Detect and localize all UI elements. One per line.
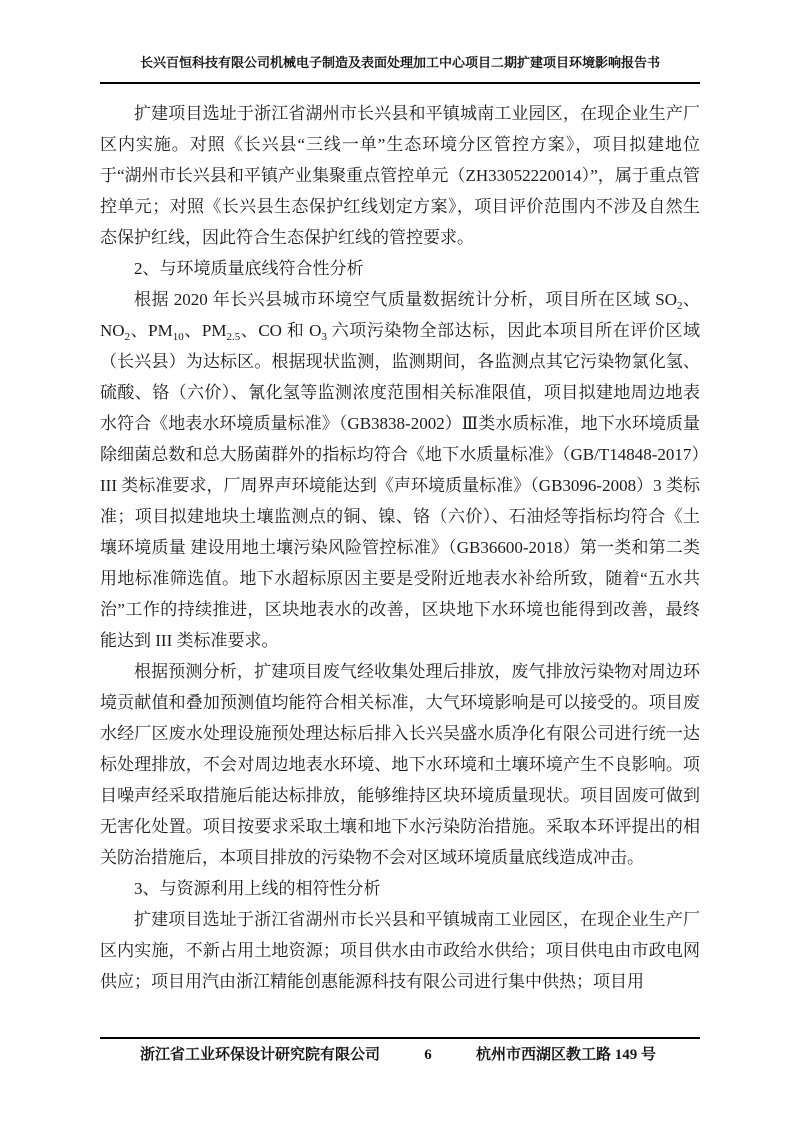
footer-address: 杭州市西湖区教工路 149 号 [476, 1043, 700, 1064]
page-footer: 浙江省工业环保设计研究院有限公司 6 杭州市西湖区教工路 149 号 [100, 1043, 700, 1064]
footer-company: 浙江省工业环保设计研究院有限公司 [100, 1043, 380, 1064]
paragraph: 扩建项目选址于浙江省湖州市长兴县和平镇城南工业园区，在现企业生产厂区内实施，不新… [100, 904, 700, 997]
section-heading: 3、与资源利用上线的相符性分析 [100, 873, 700, 904]
document-body: 扩建项目选址于浙江省湖州市长兴县和平镇城南工业园区，在现企业生产厂区内实施。对照… [100, 98, 700, 997]
page-header-title: 长兴百恒科技有限公司机械电子制造及表面处理加工中心项目二期扩建项目环境影响报告书 [100, 52, 700, 71]
footer-page-number: 6 [424, 1047, 432, 1064]
footer-rule [100, 1037, 700, 1039]
report-page: 长兴百恒科技有限公司机械电子制造及表面处理加工中心项目二期扩建项目环境影响报告书… [0, 0, 800, 1132]
paragraph: 根据 2020 年长兴县城市环境空气质量数据统计分析，项目所在区域 SO2、NO… [100, 284, 700, 656]
section-heading: 2、与环境质量底线符合性分析 [100, 253, 700, 284]
header-rule [100, 82, 700, 84]
paragraph: 根据预测分析，扩建项目废气经收集处理后排放，废气排放污染物对周边环境贡献值和叠加… [100, 656, 700, 873]
paragraph: 扩建项目选址于浙江省湖州市长兴县和平镇城南工业园区，在现企业生产厂区内实施。对照… [100, 98, 700, 253]
